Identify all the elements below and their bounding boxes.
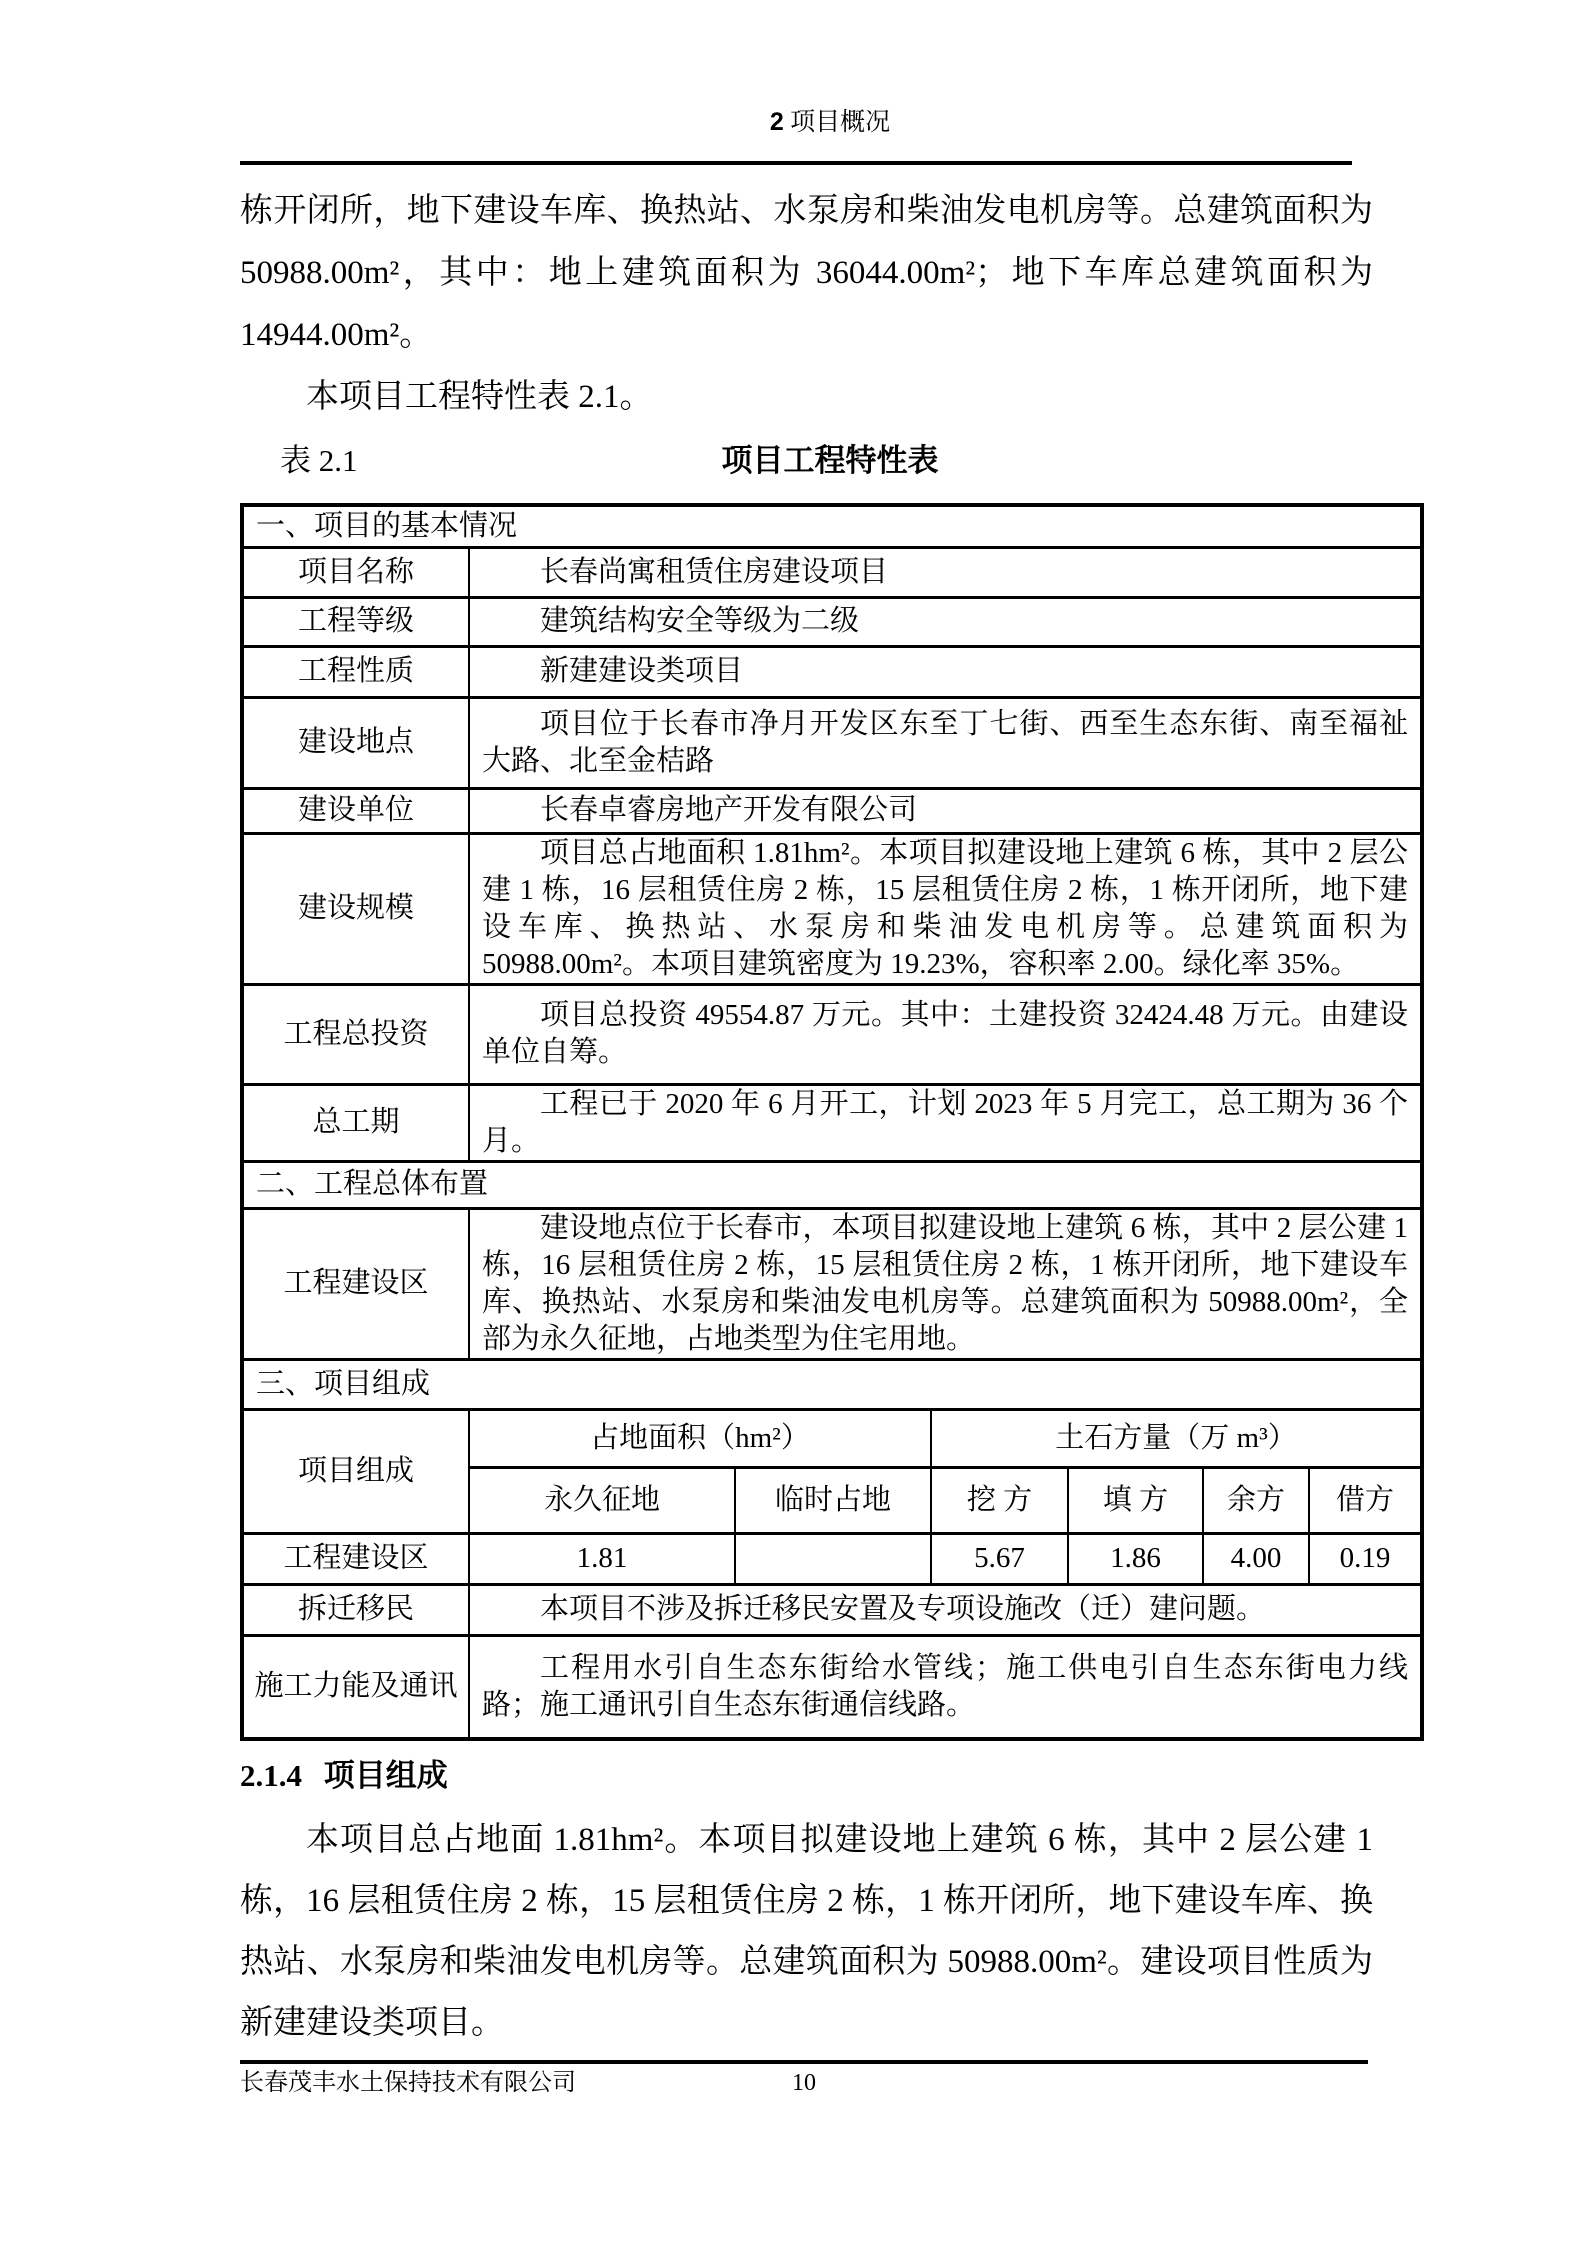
header-rule (240, 161, 1352, 165)
table-row: 建设单位 长春卓睿房地产开发有限公司 (242, 788, 1422, 833)
area-group-header: 占地面积（hm²） (469, 1409, 931, 1467)
col-header-borrow: 借方 (1309, 1467, 1422, 1533)
page-header: 2 项目概况 (240, 106, 1420, 139)
table-row: 总工期 工程已于 2020 年 6 月开工，计划 2023 年 5 月完工，总工… (242, 1084, 1422, 1161)
section-composition: 三、项目组成 (242, 1359, 1422, 1409)
table-row: 项目名称 长春尚寓租赁住房建设项目 (242, 547, 1422, 597)
composition-paragraph: 本项目总占地面 1.81hm²。本项目拟建设地上建筑 6 栋，其中 2 层公建 … (240, 1810, 1373, 2054)
row-value: 项目位于长春市净月开发区东至丁七街、西至生态东街、南至福祉大路、北至金桔路 (469, 697, 1422, 788)
project-feature-table: 一、项目的基本情况 项目名称 长春尚寓租赁住房建设项目 工程等级 建筑结构安全等… (240, 503, 1424, 1741)
table-row: 项目组成 占地面积（hm²） 土石方量（万 m³） (242, 1409, 1422, 1467)
value-surplus: 4.00 (1203, 1533, 1309, 1584)
value-excavation: 5.67 (931, 1533, 1068, 1584)
col-header-permanent: 永久征地 (469, 1467, 735, 1533)
table-caption-title: 项目工程特性表 (240, 440, 1420, 482)
table-row: 工程等级 建筑结构安全等级为二级 (242, 597, 1422, 646)
intro-paragraph: 栋开闭所，地下建设车库、换热站、水泵房和柴油发电机房等。总建筑面积为 50988… (240, 180, 1373, 366)
row-label: 建设地点 (242, 697, 469, 788)
chapter-number: 2 (770, 108, 784, 136)
row-value: 本项目不涉及拆迁移民安置及专项设施改（迁）建问题。 (469, 1584, 1422, 1635)
row-value: 新建建设类项目 (469, 646, 1422, 697)
row-label: 工程总投资 (242, 984, 469, 1084)
table-row: 拆迁移民 本项目不涉及拆迁移民安置及专项设施改（迁）建问题。 (242, 1584, 1422, 1635)
earthwork-group-header: 土石方量（万 m³） (931, 1409, 1422, 1467)
row-label: 总工期 (242, 1084, 469, 1161)
row-value: 建设地点位于长春市，本项目拟建设地上建筑 6 栋，其中 2 层公建 1 栋，16… (469, 1208, 1422, 1359)
data-row-label: 工程建设区 (242, 1533, 469, 1584)
row-label: 工程性质 (242, 646, 469, 697)
value-borrow: 0.19 (1309, 1533, 1422, 1584)
row-value: 工程已于 2020 年 6 月开工，计划 2023 年 5 月完工，总工期为 3… (469, 1084, 1422, 1161)
table-row: 建设规模 项目总占地面积 1.81hm²。本项目拟建设地上建筑 6 栋，其中 2… (242, 833, 1422, 984)
row-label: 工程等级 (242, 597, 469, 646)
table-row: 工程性质 新建建设类项目 (242, 646, 1422, 697)
row-value: 建筑结构安全等级为二级 (469, 597, 1422, 646)
table-caption-label: 表 2.1 (280, 440, 358, 482)
table-reference-paragraph: 本项目工程特性表 2.1。 (240, 366, 1373, 428)
row-label: 建设规模 (242, 833, 469, 984)
section-title: 项目组成 (324, 1758, 448, 1793)
table-row: 工程总投资 项目总投资 49554.87 万元。其中：土建投资 32424.48… (242, 984, 1422, 1084)
row-value: 项目总占地面积 1.81hm²。本项目拟建设地上建筑 6 栋，其中 2 层公建 … (469, 833, 1422, 984)
row-value: 项目总投资 49554.87 万元。其中：土建投资 32424.48 万元。由建… (469, 984, 1422, 1084)
document-page: 2 项目概况 栋开闭所，地下建设车库、换热站、水泵房和柴油发电机房等。总建筑面积… (0, 0, 1587, 2245)
row-label: 施工力能及通讯 (242, 1635, 469, 1739)
col-header-temporary: 临时占地 (735, 1467, 931, 1533)
value-fill: 1.86 (1068, 1533, 1203, 1584)
row-label: 项目名称 (242, 547, 469, 597)
value-permanent: 1.81 (469, 1533, 735, 1584)
section-number: 2.1.4 (240, 1758, 302, 1793)
table-row: 一、项目的基本情况 (242, 505, 1422, 547)
table-row: 施工力能及通讯 工程用水引自生态东街给水管线；施工供电引自生态东街电力线路；施工… (242, 1635, 1422, 1739)
col-header-surplus: 余方 (1203, 1467, 1309, 1533)
section-basic-info: 一、项目的基本情况 (242, 505, 1422, 547)
page-footer: 10 长春茂丰水土保持技术有限公司 (240, 2068, 1368, 2098)
value-temporary (735, 1533, 931, 1584)
footer-company: 长春茂丰水土保持技术有限公司 (240, 2068, 576, 2098)
section-heading-2-1-4: 2.1.4 项目组成 (240, 1756, 1420, 1796)
col-header-excavation: 挖 方 (931, 1467, 1068, 1533)
row-value: 长春尚寓租赁住房建设项目 (469, 547, 1422, 597)
table-row: 二、工程总体布置 (242, 1161, 1422, 1208)
final-text-block: 本项目总占地面 1.81hm²。本项目拟建设地上建筑 6 栋，其中 2 层公建 … (240, 1810, 1373, 2054)
table-row: 工程建设区 1.81 5.67 1.86 4.00 0.19 (242, 1533, 1422, 1584)
section-overall-layout: 二、工程总体布置 (242, 1161, 1422, 1208)
row-label: 建设单位 (242, 788, 469, 833)
table-row: 建设地点 项目位于长春市净月开发区东至丁七街、西至生态东街、南至福祉大路、北至金… (242, 697, 1422, 788)
row-label: 工程建设区 (242, 1208, 469, 1359)
table-row: 三、项目组成 (242, 1359, 1422, 1409)
row-value: 工程用水引自生态东街给水管线；施工供电引自生态东街电力线路；施工通讯引自生态东街… (469, 1635, 1422, 1739)
footer-rule (240, 2060, 1368, 2064)
chapter-title: 项目概况 (790, 109, 890, 136)
row-value: 长春卓睿房地产开发有限公司 (469, 788, 1422, 833)
body-text-block: 栋开闭所，地下建设车库、换热站、水泵房和柴油发电机房等。总建筑面积为 50988… (240, 180, 1373, 428)
col-header-fill: 填 方 (1068, 1467, 1203, 1533)
composition-corner-label: 项目组成 (242, 1409, 469, 1533)
row-label: 拆迁移民 (242, 1584, 469, 1635)
table-caption: 项目工程特性表 表 2.1 (240, 440, 1420, 482)
table-row: 工程建设区 建设地点位于长春市，本项目拟建设地上建筑 6 栋，其中 2 层公建 … (242, 1208, 1422, 1359)
